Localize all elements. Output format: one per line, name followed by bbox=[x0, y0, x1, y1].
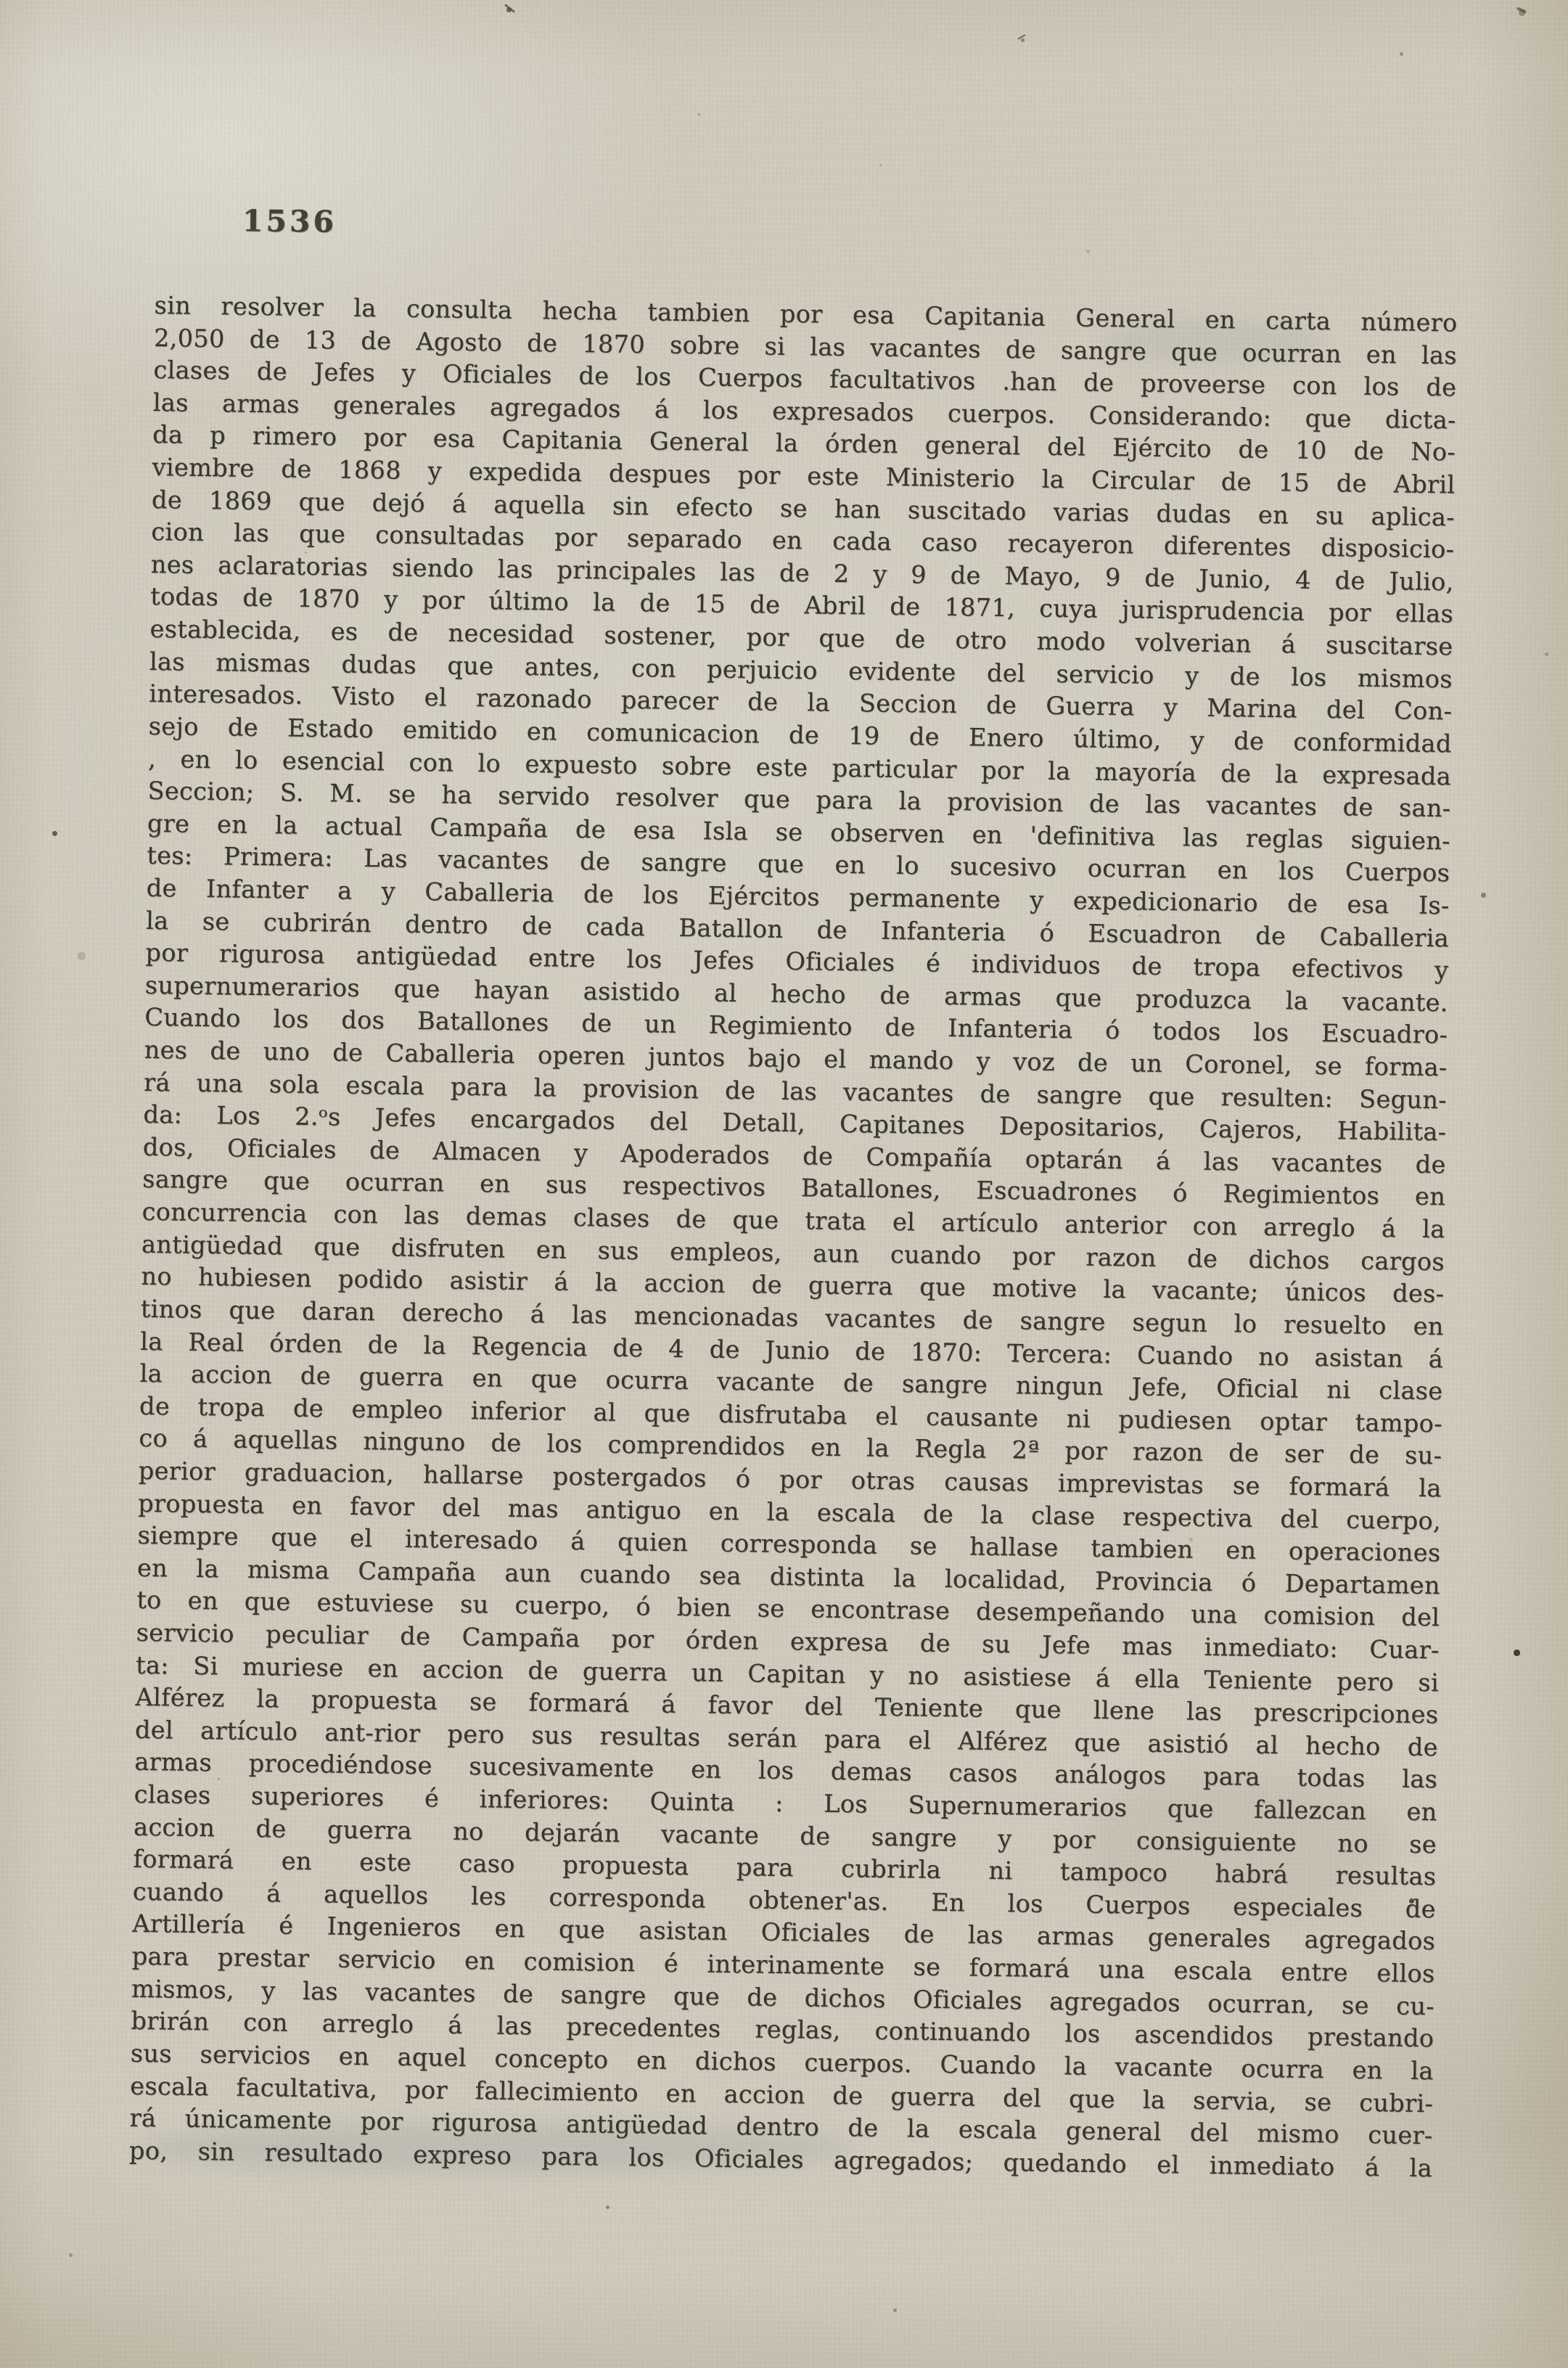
page-number: 1536 bbox=[242, 203, 337, 239]
ink-slash bbox=[504, 4, 515, 13]
paper-speck-field bbox=[0, 0, 2, 2]
document-text: sin resolver la consulta hecha tambien p… bbox=[129, 290, 1458, 2185]
ink-slash bbox=[1516, 7, 1527, 13]
scanned-page: 1536 sin resolver la consulta hecha tamb… bbox=[0, 0, 1568, 2368]
ink-slash bbox=[1017, 34, 1025, 40]
